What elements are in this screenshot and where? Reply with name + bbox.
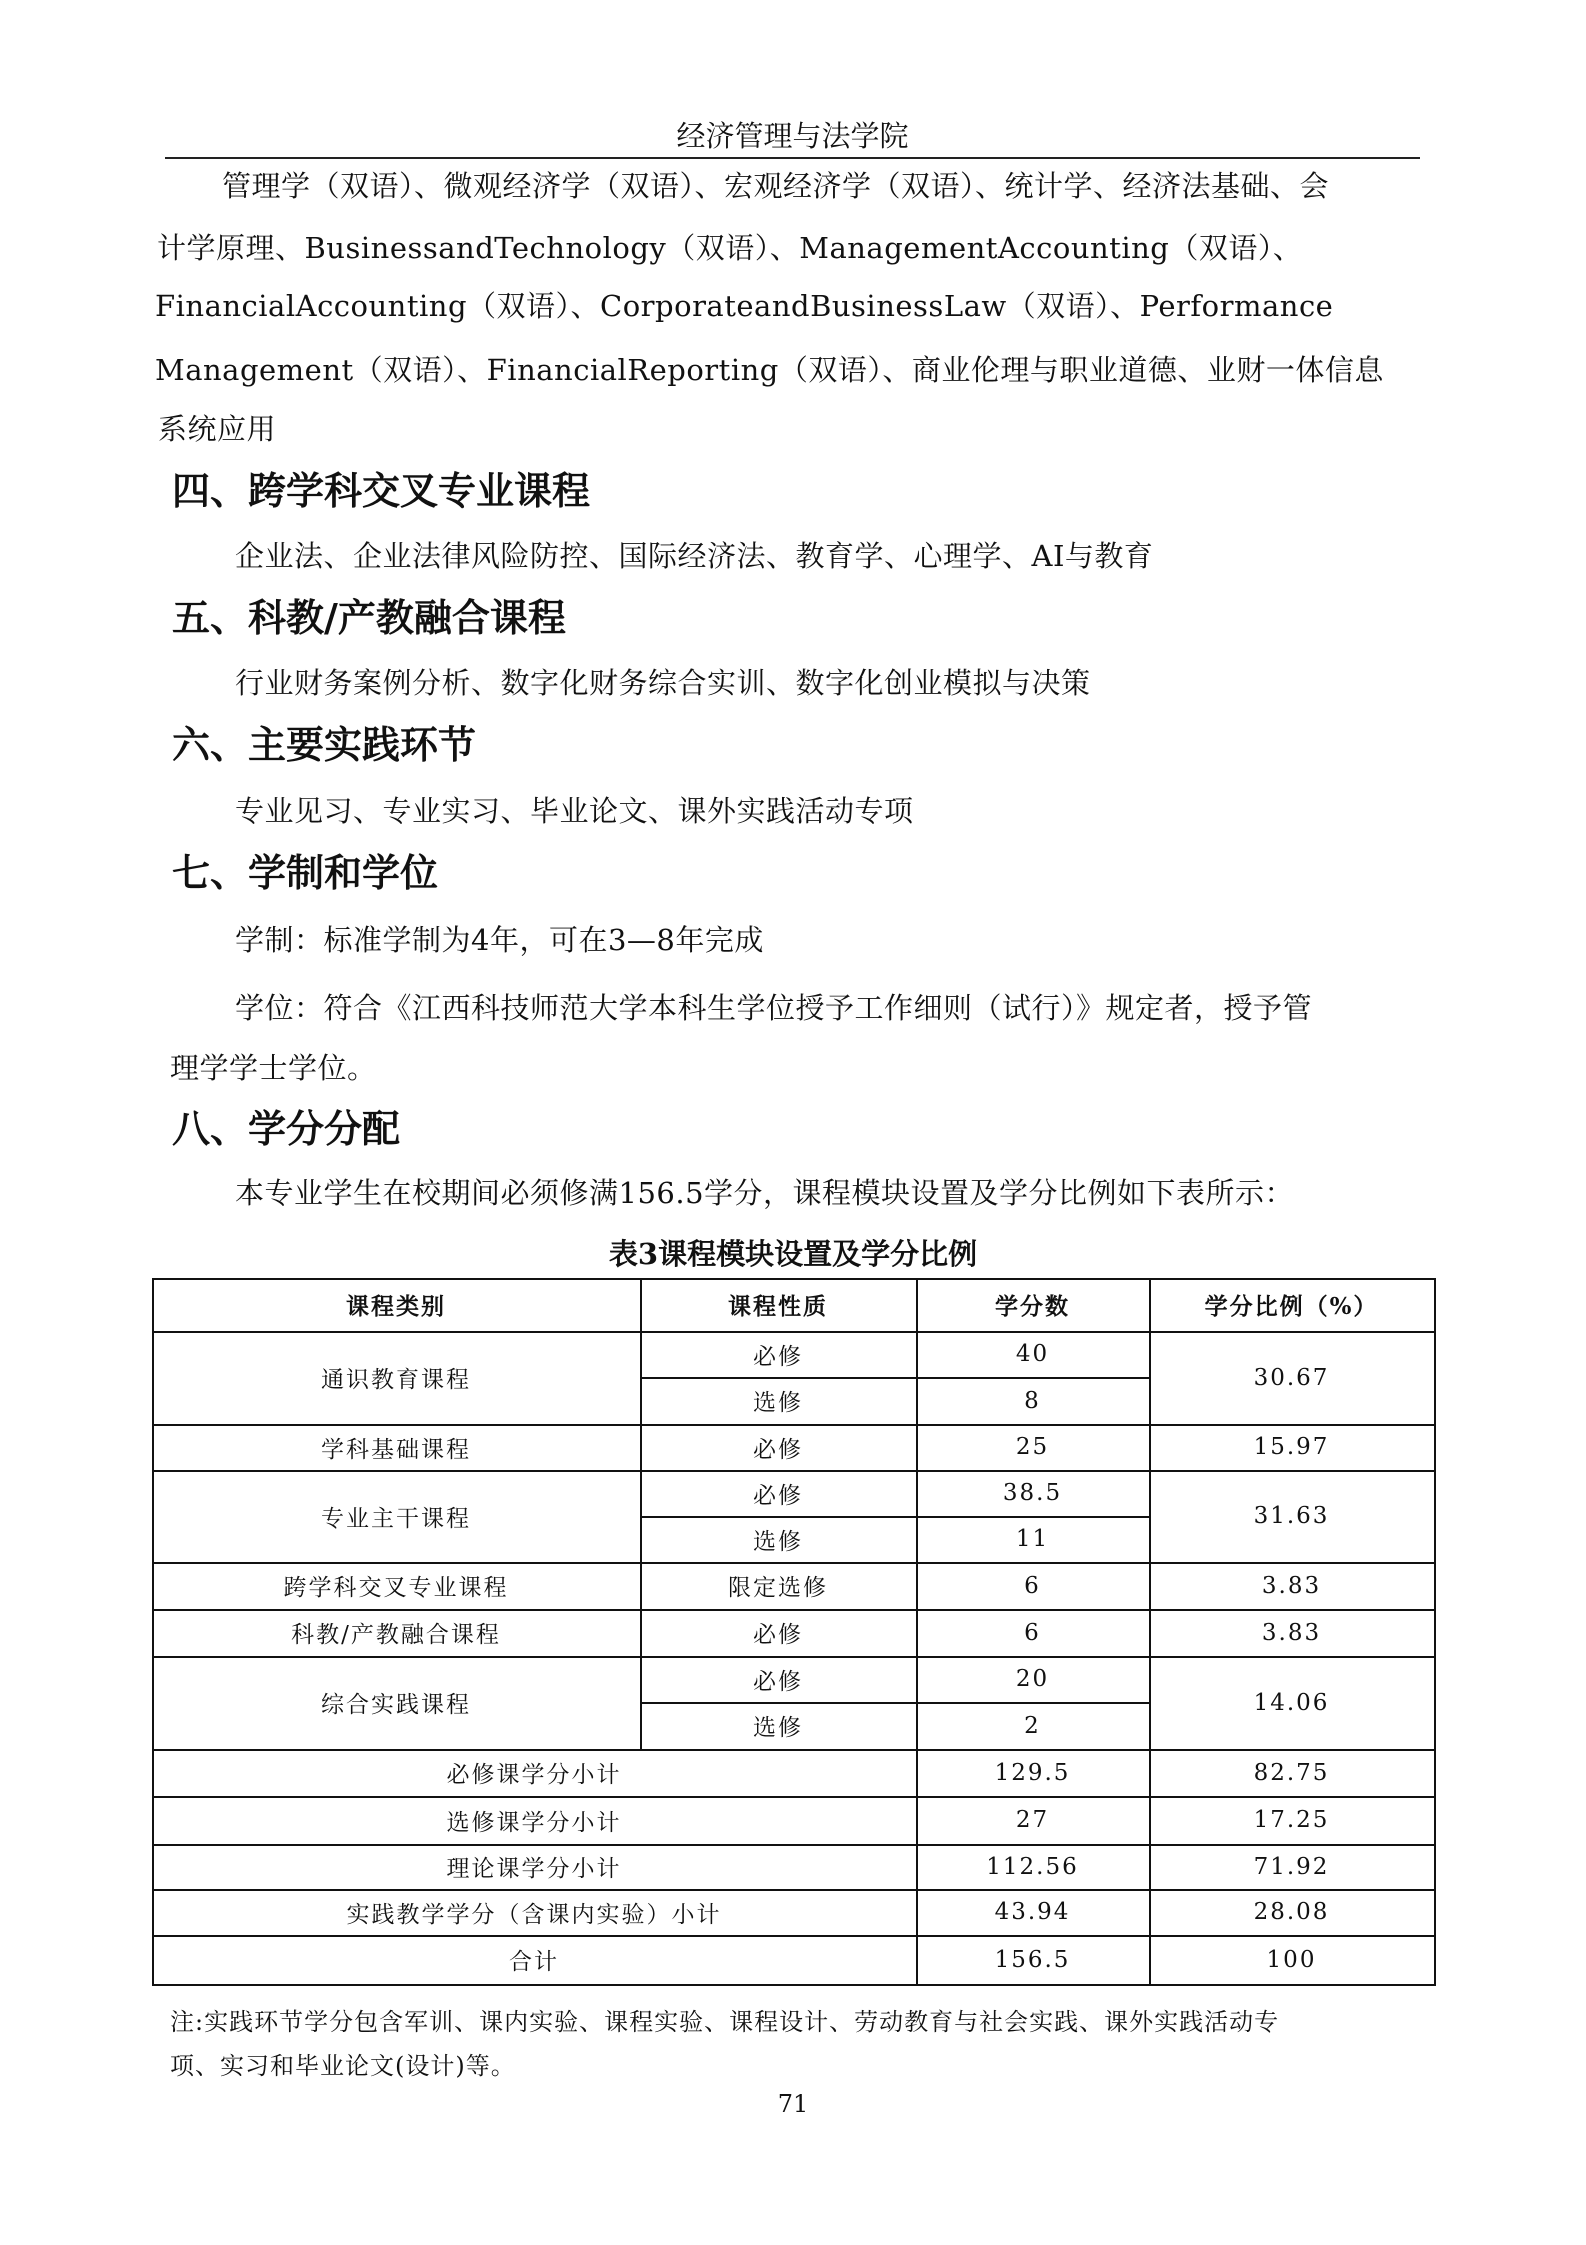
credits-cell: 11	[916, 1516, 1149, 1562]
summary-label-cell: 理论课学分小计	[152, 1844, 916, 1889]
credits-cell: 25	[916, 1424, 1149, 1470]
nature-cell: 选修	[640, 1702, 916, 1749]
table-rule	[152, 1562, 1436, 1564]
table-rule	[640, 1377, 1149, 1379]
category-cell: 通识教育课程	[152, 1331, 640, 1424]
total-credits-cell: 156.5	[916, 1935, 1149, 1984]
table-header-rule	[152, 1331, 1436, 1333]
credit-allocation-table: 课程类别 课程性质 学分数 学分比例（%） 通识教育课程 必修 40 选修 8 …	[0, 0, 1586, 2245]
ratio-cell: 3.83	[1149, 1609, 1434, 1656]
nature-cell: 限定选修	[640, 1562, 916, 1609]
nature-cell: 必修	[640, 1656, 916, 1702]
ratio-cell: 15.97	[1149, 1424, 1434, 1470]
summary-credits-cell: 43.94	[916, 1889, 1149, 1935]
total-label-cell: 合计	[152, 1935, 916, 1984]
table-rule	[152, 1749, 1436, 1751]
category-cell: 综合实践课程	[152, 1656, 640, 1749]
credits-cell: 6	[916, 1562, 1149, 1609]
table-border-bottom	[152, 1984, 1436, 1986]
table-rule	[152, 1935, 1436, 1937]
table-note-line-2: 项、实习和毕业论文(设计)等。	[170, 2044, 516, 2088]
credits-cell: 6	[916, 1609, 1149, 1656]
table-border-left	[152, 1278, 154, 1986]
ratio-cell: 14.06	[1149, 1656, 1434, 1749]
summary-label-cell: 必修课学分小计	[152, 1749, 916, 1796]
table-rule	[152, 1656, 1436, 1658]
credits-cell: 40	[916, 1331, 1149, 1377]
table-rule	[152, 1609, 1436, 1611]
summary-credits-cell: 112.56	[916, 1844, 1149, 1889]
column-header-credits: 学分数	[916, 1278, 1149, 1331]
table-rule	[640, 1516, 1149, 1518]
table-rule	[152, 1470, 1436, 1472]
ratio-cell: 3.83	[1149, 1562, 1434, 1609]
table-note-line-1: 注:实践环节学分包含军训、课内实验、课程实验、课程设计、劳动教育与社会实践、课外…	[170, 2000, 1279, 2044]
category-cell: 科教/产教融合课程	[152, 1609, 640, 1656]
ratio-cell: 30.67	[1149, 1331, 1434, 1424]
column-header-ratio: 学分比例（%）	[1149, 1278, 1434, 1331]
summary-ratio-cell: 82.75	[1149, 1749, 1434, 1796]
nature-cell: 必修	[640, 1470, 916, 1516]
category-cell: 专业主干课程	[152, 1470, 640, 1562]
table-column-rule	[1149, 1278, 1151, 1986]
nature-cell: 必修	[640, 1424, 916, 1470]
nature-cell: 必修	[640, 1331, 916, 1377]
credits-cell: 8	[916, 1377, 1149, 1424]
column-header-nature: 课程性质	[640, 1278, 916, 1331]
summary-ratio-cell: 17.25	[1149, 1796, 1434, 1844]
summary-credits-cell: 129.5	[916, 1749, 1149, 1796]
table-rule	[152, 1796, 1436, 1798]
table-rule	[152, 1889, 1436, 1891]
credits-cell: 20	[916, 1656, 1149, 1702]
table-rule	[640, 1702, 1149, 1704]
table-column-rule	[640, 1278, 642, 1749]
page-number: 71	[0, 2090, 1586, 2118]
summary-ratio-cell: 71.92	[1149, 1844, 1434, 1889]
table-border-right	[1434, 1278, 1436, 1986]
ratio-cell: 31.63	[1149, 1470, 1434, 1562]
total-ratio-cell: 100	[1149, 1935, 1434, 1984]
summary-label-cell: 选修课学分小计	[152, 1796, 916, 1844]
column-header-category: 课程类别	[152, 1278, 640, 1331]
nature-cell: 选修	[640, 1377, 916, 1424]
credits-cell: 38.5	[916, 1470, 1149, 1516]
summary-label-cell: 实践教学学分（含课内实验）小计	[152, 1889, 916, 1935]
summary-ratio-cell: 28.08	[1149, 1889, 1434, 1935]
credits-cell: 2	[916, 1702, 1149, 1749]
nature-cell: 必修	[640, 1609, 916, 1656]
table-rule	[152, 1424, 1436, 1426]
nature-cell: 选修	[640, 1516, 916, 1562]
table-border-top	[152, 1278, 1436, 1280]
category-cell: 学科基础课程	[152, 1424, 640, 1470]
table-rule	[152, 1844, 1436, 1846]
category-cell: 跨学科交叉专业课程	[152, 1562, 640, 1609]
summary-credits-cell: 27	[916, 1796, 1149, 1844]
table-column-rule	[916, 1278, 918, 1986]
